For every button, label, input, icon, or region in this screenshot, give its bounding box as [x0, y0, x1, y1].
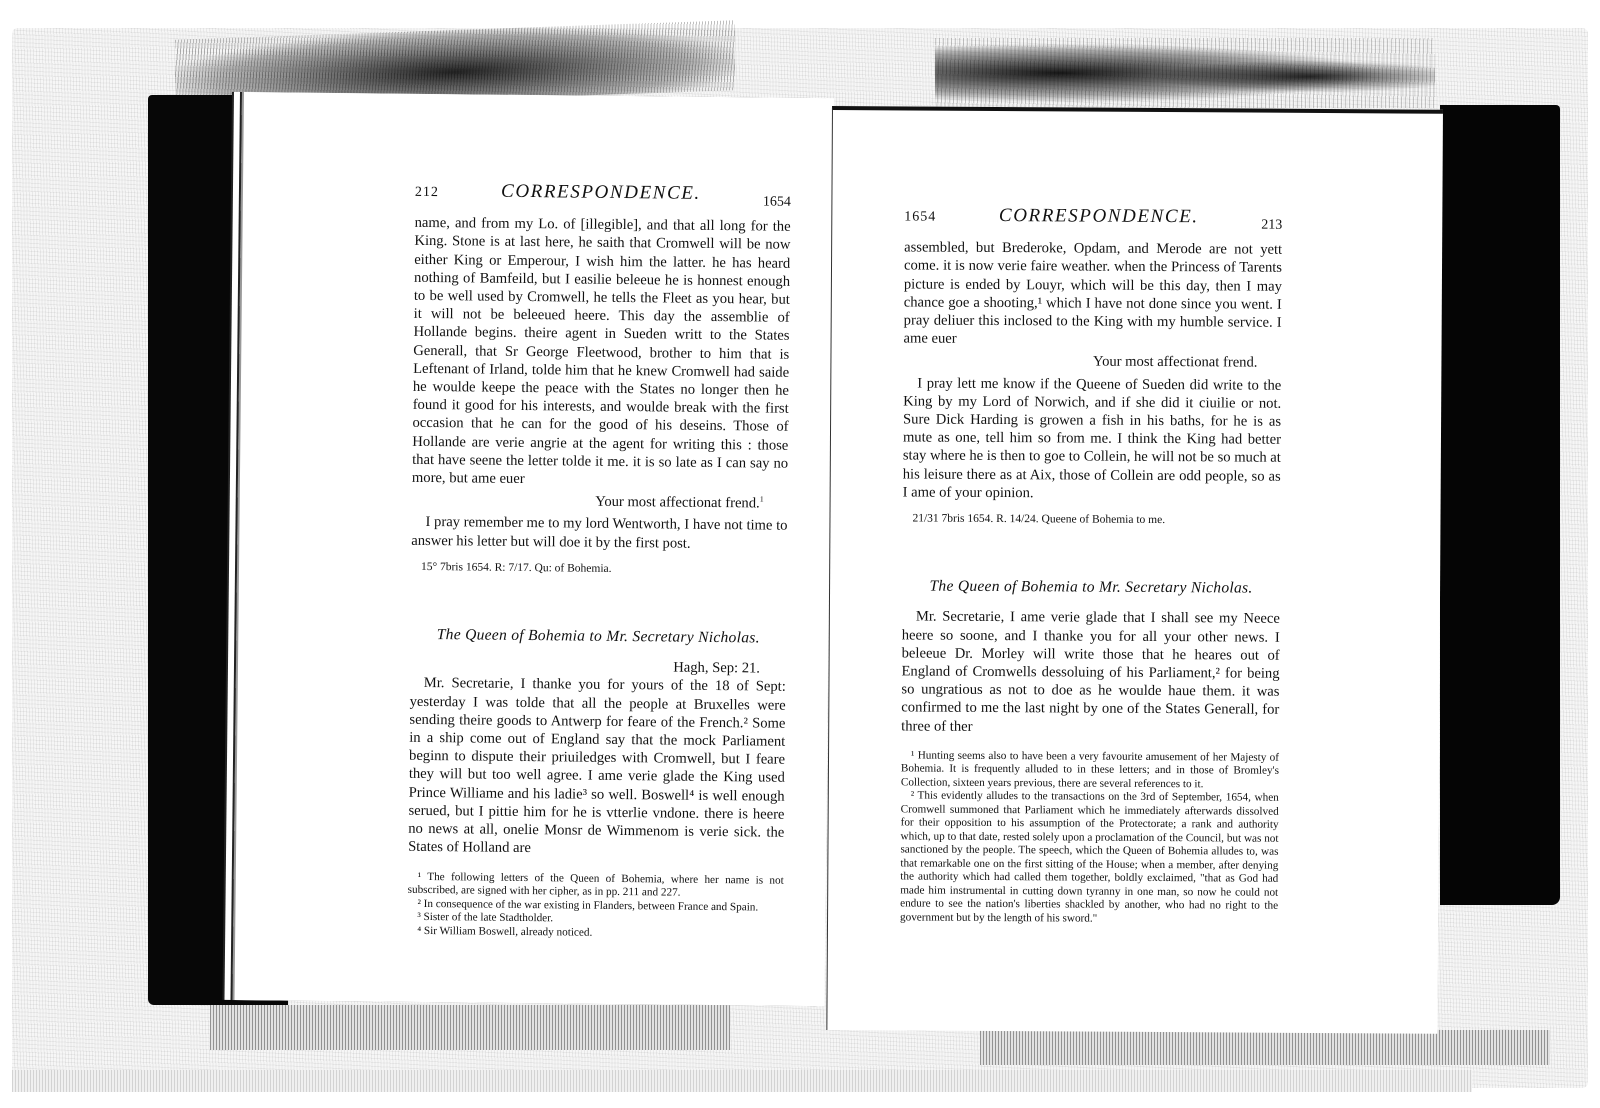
book-cover-right: [1440, 105, 1560, 905]
postscript: I pray lett me know if the Queene of Sue…: [903, 374, 1282, 504]
letter-body: Mr. Secretarie, I thanke you for yours o…: [408, 674, 786, 860]
letter-continuation: assembled, but Brederoke, Opdam, and Mer…: [904, 239, 1283, 351]
letter-continuation: name, and from my Lo. of [illegible], an…: [412, 214, 791, 491]
page-number: 213: [1261, 217, 1282, 235]
footnotes: ¹ Hunting seems also to have been a very…: [900, 749, 1279, 927]
letter-title: The Queen of Bohemia to Mr. Secretary Ni…: [902, 578, 1280, 599]
scanned-table-edge: [12, 1070, 1472, 1092]
book-top-edge-right: [935, 38, 1435, 108]
page-number: 212: [415, 184, 439, 202]
running-title: CORRESPONDENCE.: [501, 183, 701, 203]
postscript: I pray remember me to my lord Wentworth,…: [411, 513, 787, 553]
right-page: 1654 CORRESPONDENCE. 213 assembled, but …: [826, 106, 1443, 1034]
right-page-text: 1654 CORRESPONDENCE. 213 assembled, but …: [900, 206, 1282, 927]
endorsement: 21/31 7bris 1654. R. 14/24. Queene of Bo…: [912, 510, 1280, 530]
letter-body: Mr. Secretarie, I ame verie glade that I…: [901, 608, 1280, 738]
running-year: 1654: [763, 193, 791, 211]
letter-signoff: Your most affectionat frend.1: [412, 491, 788, 513]
running-title: CORRESPONDENCE.: [999, 207, 1199, 226]
left-page-text: 212 CORRESPONDENCE. 1654 name, and from …: [407, 182, 791, 942]
book-bottom-edge-right: [980, 1030, 1550, 1065]
endorsement: 15° 7bris 1654. R: 7/17. Qu: of Bohemia.: [421, 558, 787, 580]
running-head: 1654 CORRESPONDENCE. 213: [904, 206, 1282, 229]
letter-title: The Queen of Bohemia to Mr. Secretary Ni…: [410, 626, 786, 648]
running-year: 1654: [904, 208, 936, 226]
letter-signoff: Your most affectionat frend.: [903, 352, 1281, 373]
footnote: ⁴ Sir William Boswell, already noticed.: [407, 924, 783, 941]
footnote: ¹ The following letters of the Queen of …: [408, 870, 784, 901]
running-head: 212 CORRESPONDENCE. 1654: [415, 182, 791, 206]
footnotes: ¹ The following letters of the Queen of …: [407, 870, 784, 941]
left-page: 212 CORRESPONDENCE. 1654 name, and from …: [230, 92, 833, 1006]
footnote: ¹ Hunting seems also to have been a very…: [901, 749, 1279, 792]
footnote: ² This evidently alludes to the transact…: [900, 790, 1279, 927]
book-bottom-edge-left: [210, 1005, 730, 1050]
